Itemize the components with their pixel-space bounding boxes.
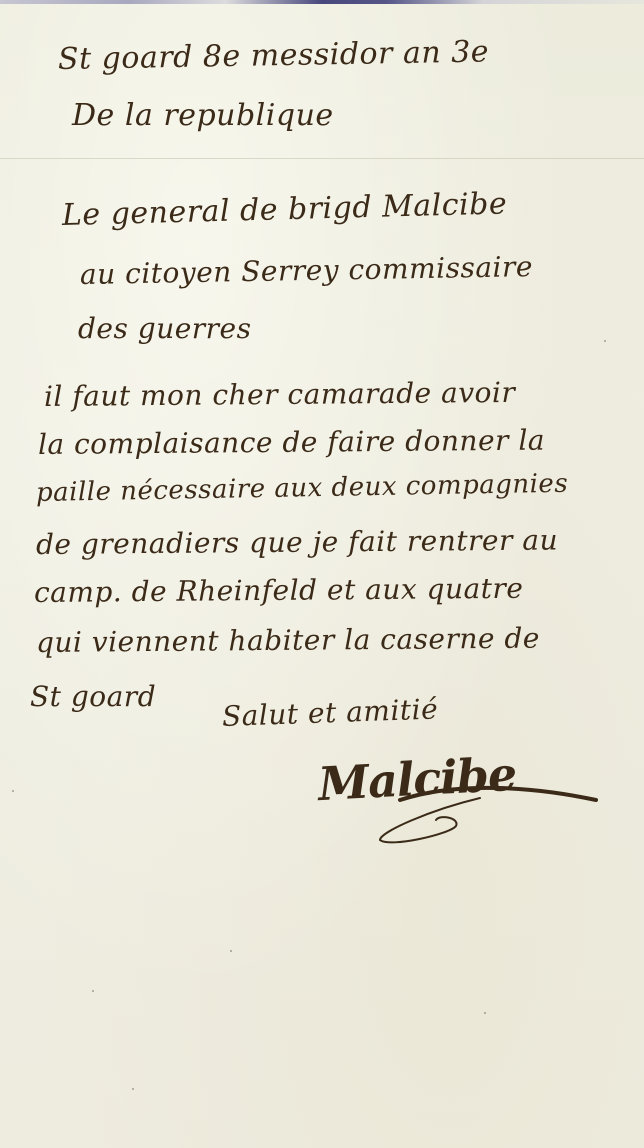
scan-top-edge bbox=[0, 0, 644, 4]
paper-speck bbox=[230, 950, 232, 952]
paper-fold-line bbox=[0, 158, 644, 159]
body-line: la complaisance de faire donner la bbox=[38, 424, 545, 461]
paper-speck bbox=[92, 990, 94, 992]
address-line1: Le general de brigd Malcibe bbox=[62, 186, 508, 233]
body-line: St goard bbox=[30, 680, 156, 713]
paper-speck bbox=[132, 1088, 134, 1090]
address-line2: au citoyen Serrey commissaire bbox=[80, 250, 533, 291]
body-line: camp. de Rheinfeld et aux quatre bbox=[34, 572, 524, 609]
paper-speck bbox=[12, 790, 14, 792]
heading-place-date-line1: St goard 8e messidor an 3e bbox=[58, 34, 490, 77]
heading-place-date-line2: De la republique bbox=[72, 98, 334, 133]
paper-speck bbox=[604, 340, 606, 342]
body-line: paille nécessaire aux deux compagnies bbox=[36, 469, 569, 508]
signature-flourish-icon bbox=[360, 770, 610, 850]
closing-salutation: Salut et amitié bbox=[221, 692, 438, 733]
address-line3: des guerres bbox=[78, 312, 252, 345]
body-line: il faut mon cher camarade avoir bbox=[44, 376, 516, 413]
body-line: de grenadiers que je fait rentrer au bbox=[36, 523, 558, 561]
body-line: qui viennent habiter la caserne de bbox=[36, 622, 540, 659]
paper-speck bbox=[484, 1012, 486, 1014]
letter-page: St goard 8e messidor an 3e De la republi… bbox=[0, 0, 644, 1148]
